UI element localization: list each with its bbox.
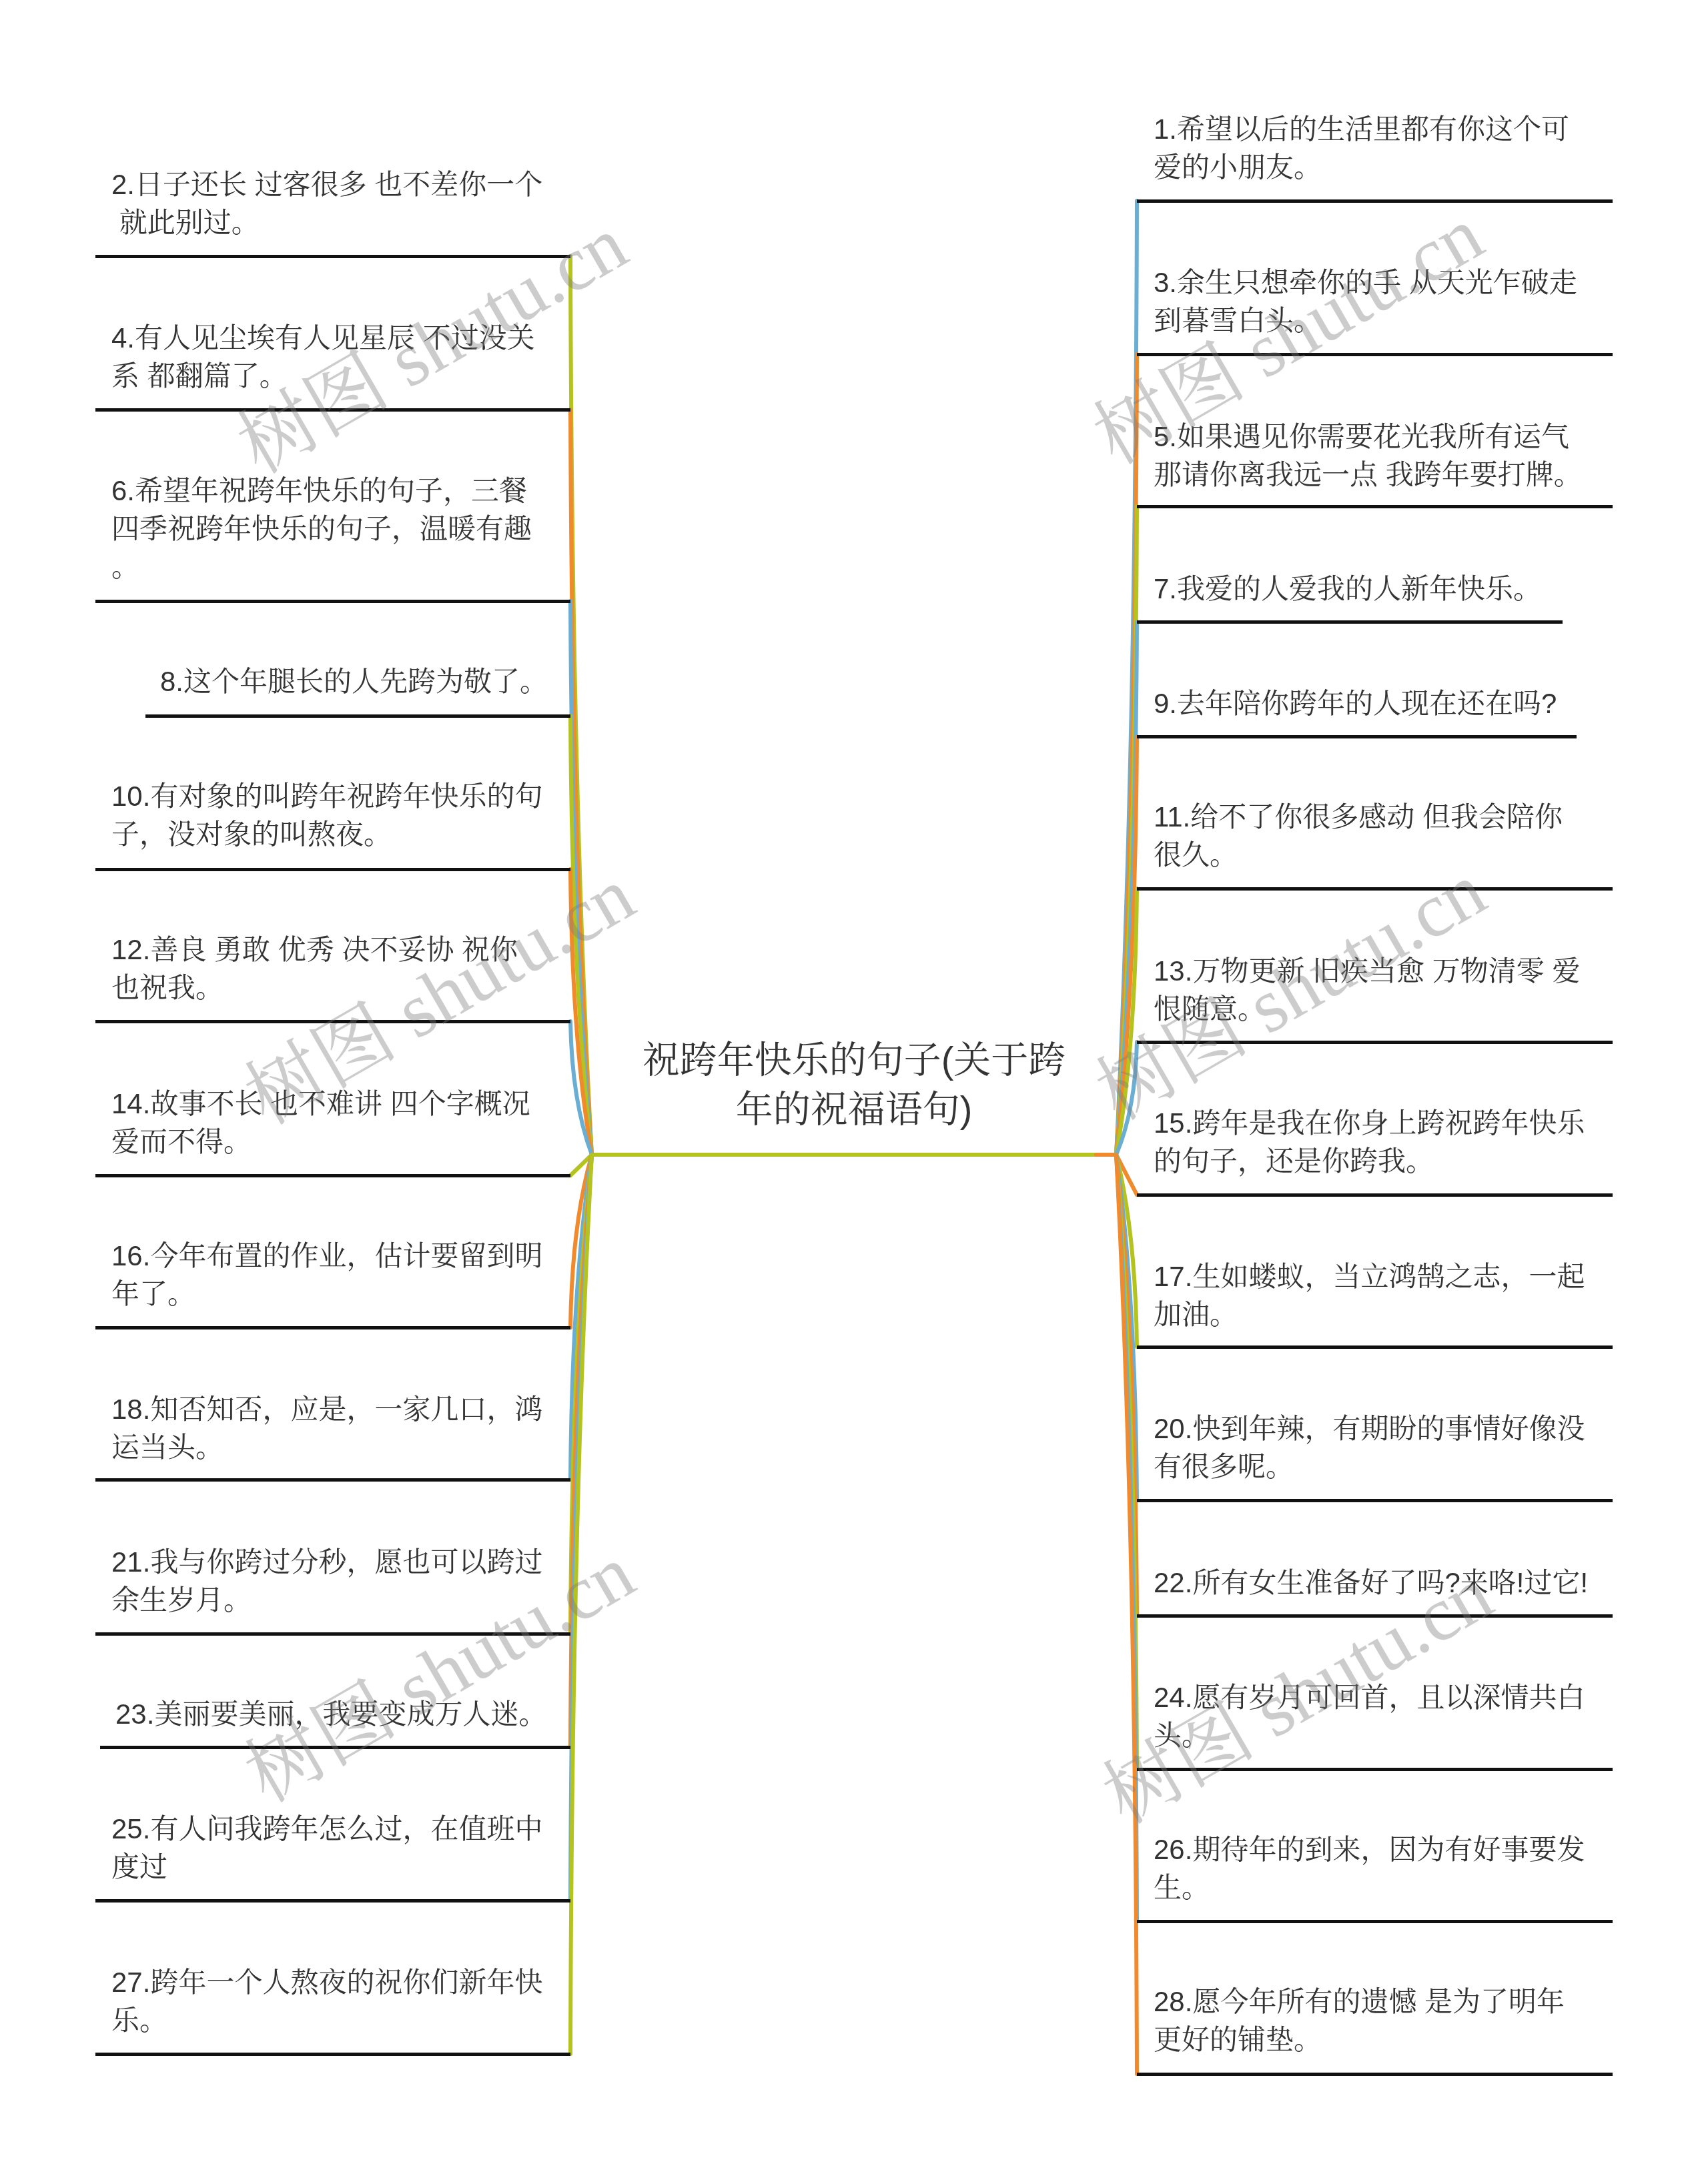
node-item-20: 20.快到年辣，有期盼的事情好像没 有很多呢。 (1154, 1410, 1585, 1486)
node-text-line: 很久。 (1154, 836, 1563, 874)
node-text-line: 2.日子还长 过客很多 也不差你一个 (111, 165, 542, 203)
node-item-4: 4.有人见尘埃有人见星辰 不过没关 系 都翻篇了。 (111, 319, 535, 395)
node-underline (95, 255, 570, 258)
node-item-14: 14.故事不长 也不难讲 四个字概况 爱而不得。 (111, 1085, 530, 1161)
node-text-line: 余生岁月。 (111, 1581, 542, 1619)
node-text-line: 子，没对象的叫熬夜。 (111, 815, 542, 853)
node-item-13: 13.万物更新 旧疾当愈 万物清零 爱 恨随意。 (1154, 952, 1580, 1028)
node-underline (100, 1746, 570, 1749)
node-underline (95, 1478, 570, 1482)
node-text-line: 爱而不得。 (111, 1123, 530, 1161)
node-text-line: 25.有人问我跨年怎么过，在值班中 (111, 1810, 542, 1848)
node-item-10: 10.有对象的叫跨年祝跨年快乐的句 子，没对象的叫熬夜。 (111, 777, 542, 853)
node-text-line: 23.美丽要美丽，我要变成万人迷。 (115, 1695, 546, 1733)
node-text-line: 15.跨年是我在你身上跨祝跨年快乐 (1154, 1104, 1585, 1142)
node-text-line: 18.知否知否，应是，一家几口，鸿 (111, 1390, 542, 1428)
node-text-line: 12.善良 勇敢 优秀 决不妥协 祝你 (111, 931, 518, 969)
node-item-15: 15.跨年是我在你身上跨祝跨年快乐 的句子，还是你跨我。 (1154, 1104, 1585, 1180)
node-underline (1137, 2073, 1613, 2076)
node-text-line: 四季祝跨年快乐的句子，温暖有趣 (111, 510, 532, 548)
node-text-line: 生。 (1154, 1868, 1585, 1907)
node-underline (1137, 1345, 1613, 1349)
node-text-line: 加油。 (1154, 1295, 1585, 1333)
node-text-line: 乐。 (111, 2001, 542, 2039)
node-text-line: 恨随意。 (1154, 990, 1580, 1028)
mind-map-canvas: 祝跨年快乐的句子(关于跨 年的祝福语句) 2.日子还长 过客很多 也不差你一个 … (0, 0, 1708, 2170)
node-text-line: 头。 (1154, 1716, 1585, 1754)
node-text-line: 6.希望年祝跨年快乐的句子，三餐 (111, 472, 532, 510)
node-text-line: 20.快到年辣，有期盼的事情好像没 (1154, 1410, 1585, 1448)
node-text-line: 更好的铺垫。 (1154, 2021, 1565, 2059)
node-text-line: 度过 (111, 1848, 542, 1886)
node-underline (95, 2053, 570, 2056)
node-text-line: 运当头。 (111, 1428, 542, 1466)
node-underline (1137, 199, 1613, 203)
node-item-26: 26.期待年的到来，因为有好事要发 生。 (1154, 1830, 1585, 1907)
node-text-line: 年了。 (111, 1275, 542, 1313)
node-item-25: 25.有人问我跨年怎么过，在值班中 度过 (111, 1810, 542, 1886)
node-item-3: 3.余生只想牵你的手 从天光乍破走 到暮雪白头。 (1154, 263, 1577, 340)
node-item-9: 9.去年陪你跨年的人现在还在吗? (1154, 684, 1557, 722)
node-underline (1137, 1041, 1613, 1044)
node-text-line: 也祝我。 (111, 969, 518, 1007)
node-item-16: 16.今年布置的作业，估计要留到明 年了。 (111, 1237, 542, 1313)
node-underline (95, 1632, 570, 1636)
node-item-28: 28.愿今年所有的遗憾 是为了明年 更好的铺垫。 (1154, 1983, 1565, 2059)
node-text-line: 13.万物更新 旧疾当愈 万物清零 爱 (1154, 952, 1580, 990)
node-text-line: 10.有对象的叫跨年祝跨年快乐的句 (111, 777, 542, 815)
node-text-line: 14.故事不长 也不难讲 四个字概况 (111, 1085, 530, 1123)
node-text-line: 11.给不了你很多感动 但我会陪你 (1154, 798, 1563, 836)
node-underline (1137, 887, 1613, 891)
root-title-line: 祝跨年快乐的句子(关于跨 (592, 1035, 1116, 1085)
node-underline (1137, 1193, 1613, 1197)
node-underline (95, 1020, 570, 1023)
node-text-line: 。 (111, 548, 532, 586)
node-text-line: 16.今年布置的作业，估计要留到明 (111, 1237, 542, 1275)
node-item-17: 17.生如蝼蚁，当立鸿鹄之志，一起 加油。 (1154, 1257, 1585, 1333)
node-underline (1137, 1768, 1613, 1771)
node-underline (1137, 505, 1613, 508)
node-text-line: 28.愿今年所有的遗憾 是为了明年 (1154, 1983, 1565, 2021)
node-text-line: 3.余生只想牵你的手 从天光乍破走 (1154, 263, 1577, 302)
node-text-line: 5.如果遇见你需要花光我所有运气 (1154, 418, 1582, 456)
node-item-22: 22.所有女生准备好了吗?来咯!过它! (1154, 1564, 1588, 1602)
node-item-8: 8.这个年腿长的人先跨为敬了。 (160, 662, 548, 700)
node-text-line: 8.这个年腿长的人先跨为敬了。 (160, 662, 548, 700)
node-text-line: 17.生如蝼蚁，当立鸿鹄之志，一起 (1154, 1257, 1585, 1295)
node-item-5: 5.如果遇见你需要花光我所有运气 那请你离我远一点 我跨年要打牌。 (1154, 418, 1582, 494)
node-item-12: 12.善良 勇敢 优秀 决不妥协 祝你 也祝我。 (111, 931, 518, 1007)
node-underline (145, 714, 570, 718)
node-text-line: 22.所有女生准备好了吗?来咯!过它! (1154, 1564, 1588, 1602)
node-item-21: 21.我与你跨过分秒，愿也可以跨过 余生岁月。 (111, 1543, 542, 1619)
node-underline (1137, 1920, 1613, 1923)
node-underline (95, 868, 570, 871)
node-underline (95, 600, 570, 603)
root-title-line: 年的祝福语句) (592, 1085, 1116, 1134)
node-text-line: 就此别过。 (111, 203, 542, 241)
node-item-7: 7.我爱的人爱我的人新年快乐。 (1154, 570, 1541, 608)
node-text-line: 1.希望以后的生活里都有你这个可 (1154, 110, 1569, 148)
node-underline (1137, 735, 1577, 738)
node-item-23: 23.美丽要美丽，我要变成万人迷。 (115, 1695, 546, 1733)
node-text-line: 9.去年陪你跨年的人现在还在吗? (1154, 684, 1557, 722)
node-text-line: 4.有人见尘埃有人见星辰 不过没关 (111, 319, 535, 357)
node-text-line: 到暮雪白头。 (1154, 302, 1577, 340)
node-text-line: 系 都翻篇了。 (111, 357, 535, 395)
root-node: 祝跨年快乐的句子(关于跨 年的祝福语句) (592, 1035, 1116, 1134)
node-text-line: 的句子，还是你跨我。 (1154, 1142, 1585, 1180)
node-underline (95, 1899, 570, 1903)
node-item-18: 18.知否知否，应是，一家几口，鸿 运当头。 (111, 1390, 542, 1466)
node-underline (1137, 1614, 1613, 1618)
node-text-line: 那请你离我远一点 我跨年要打牌。 (1154, 456, 1582, 494)
node-text-line: 爱的小朋友。 (1154, 148, 1569, 186)
node-underline (95, 1326, 570, 1329)
node-text-line: 7.我爱的人爱我的人新年快乐。 (1154, 570, 1541, 608)
node-item-1: 1.希望以后的生活里都有你这个可 爱的小朋友。 (1154, 110, 1569, 186)
node-text-line: 有很多呢。 (1154, 1448, 1585, 1486)
node-item-27: 27.跨年一个人熬夜的祝你们新年快 乐。 (111, 1963, 542, 2039)
node-text-line: 26.期待年的到来，因为有好事要发 (1154, 1830, 1585, 1868)
node-underline (95, 408, 570, 412)
node-item-24: 24.愿有岁月可回首，且以深情共白 头。 (1154, 1678, 1585, 1754)
node-underline (1137, 353, 1613, 356)
node-text-line: 24.愿有岁月可回首，且以深情共白 (1154, 1678, 1585, 1716)
node-text-line: 21.我与你跨过分秒，愿也可以跨过 (111, 1543, 542, 1581)
node-underline (1137, 1499, 1613, 1502)
node-underline (95, 1174, 570, 1177)
node-item-6: 6.希望年祝跨年快乐的句子，三餐 四季祝跨年快乐的句子，温暖有趣 。 (111, 472, 532, 586)
node-item-2: 2.日子还长 过客很多 也不差你一个 就此别过。 (111, 165, 542, 241)
node-item-11: 11.给不了你很多感动 但我会陪你 很久。 (1154, 798, 1563, 874)
node-text-line: 27.跨年一个人熬夜的祝你们新年快 (111, 1963, 542, 2001)
node-underline (1137, 620, 1563, 624)
